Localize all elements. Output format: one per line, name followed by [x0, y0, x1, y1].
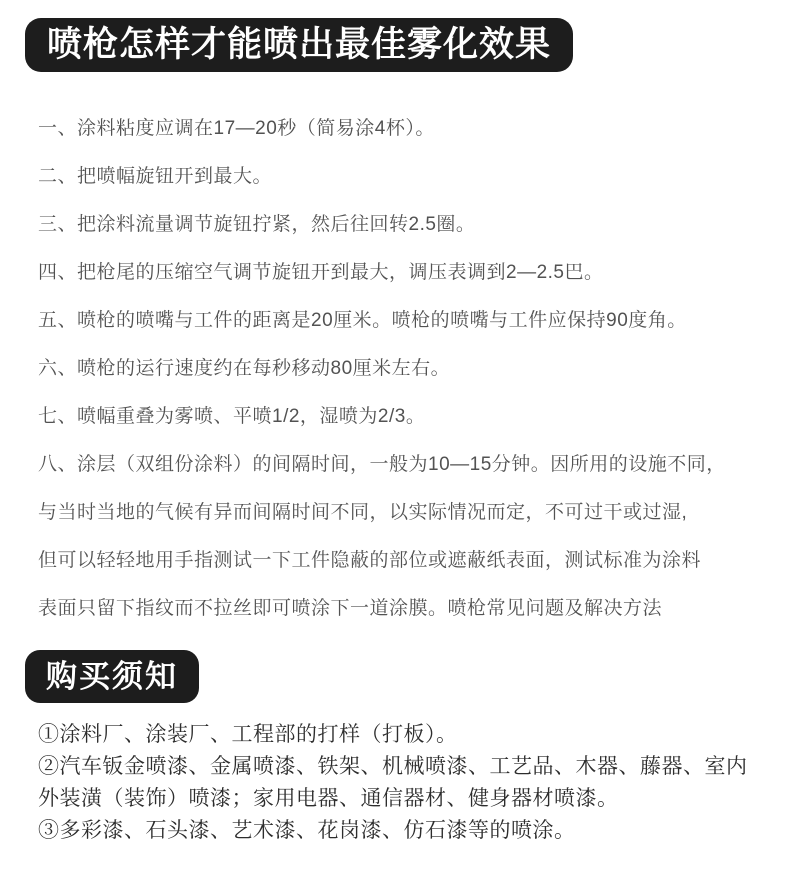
guide-line-5: 五、喷枪的喷嘴与工件的距离是20厘米。喷枪的喷嘴与工件应保持90度角。	[38, 294, 770, 342]
guide-line-1: 一、涂料粘度应调在17—20秒（简易涂4杯）。	[38, 102, 770, 150]
guide-list: 一、涂料粘度应调在17—20秒（简易涂4杯）。 二、把喷幅旋钮开到最大。 三、把…	[38, 102, 770, 630]
guide-banner-row: 喷枪怎样才能喷出最佳雾化效果	[25, 0, 790, 72]
guide-line-8-cont-3: 表面只留下指纹而不拉丝即可喷涂下一道涂膜。喷枪常见问题及解决方法	[38, 582, 770, 630]
guide-line-7: 七、喷幅重叠为雾喷、平喷1/2，湿喷为2/3。	[38, 390, 770, 438]
guide-line-8-cont-2: 但可以轻轻地用手指测试一下工件隐蔽的部位或遮蔽纸表面，测试标准为涂料	[38, 534, 770, 582]
purchase-banner-row: 购买须知	[25, 650, 790, 703]
purchase-line-2-cont-1: 外装潢（装饰）喷漆；家用电器、通信器材、健身器材喷漆。	[38, 781, 770, 813]
guide-line-4: 四、把枪尾的压缩空气调节旋钮开到最大，调压表调到2—2.5巴。	[38, 246, 770, 294]
guide-line-3: 三、把涂料流量调节旋钮拧紧，然后往回转2.5圈。	[38, 198, 770, 246]
guide-line-2: 二、把喷幅旋钮开到最大。	[38, 150, 770, 198]
purchase-title-banner: 购买须知	[25, 650, 199, 703]
purchase-line-2: ②汽车钣金喷漆、金属喷漆、铁架、机械喷漆、工艺品、木器、藤器、室内	[38, 749, 770, 781]
guide-line-8: 八、涂层（双组份涂料）的间隔时间，一般为10—15分钟。因所用的设施不同，	[38, 438, 770, 486]
document-page: 喷枪怎样才能喷出最佳雾化效果 一、涂料粘度应调在17—20秒（简易涂4杯）。 二…	[0, 0, 790, 892]
purchase-line-3: ③多彩漆、石头漆、艺术漆、花岗漆、仿石漆等的喷涂。	[38, 813, 770, 845]
guide-title-banner: 喷枪怎样才能喷出最佳雾化效果	[25, 18, 573, 72]
purchase-list: ①涂料厂、涂装厂、工程部的打样（打板）。 ②汽车钣金喷漆、金属喷漆、铁架、机械喷…	[38, 717, 770, 845]
guide-line-8-cont-1: 与当时当地的气候有异而间隔时间不同，以实际情况而定，不可过干或过湿,	[38, 486, 770, 534]
guide-line-6: 六、喷枪的运行速度约在每秒移动80厘米左右。	[38, 342, 770, 390]
purchase-line-1: ①涂料厂、涂装厂、工程部的打样（打板）。	[38, 717, 770, 749]
